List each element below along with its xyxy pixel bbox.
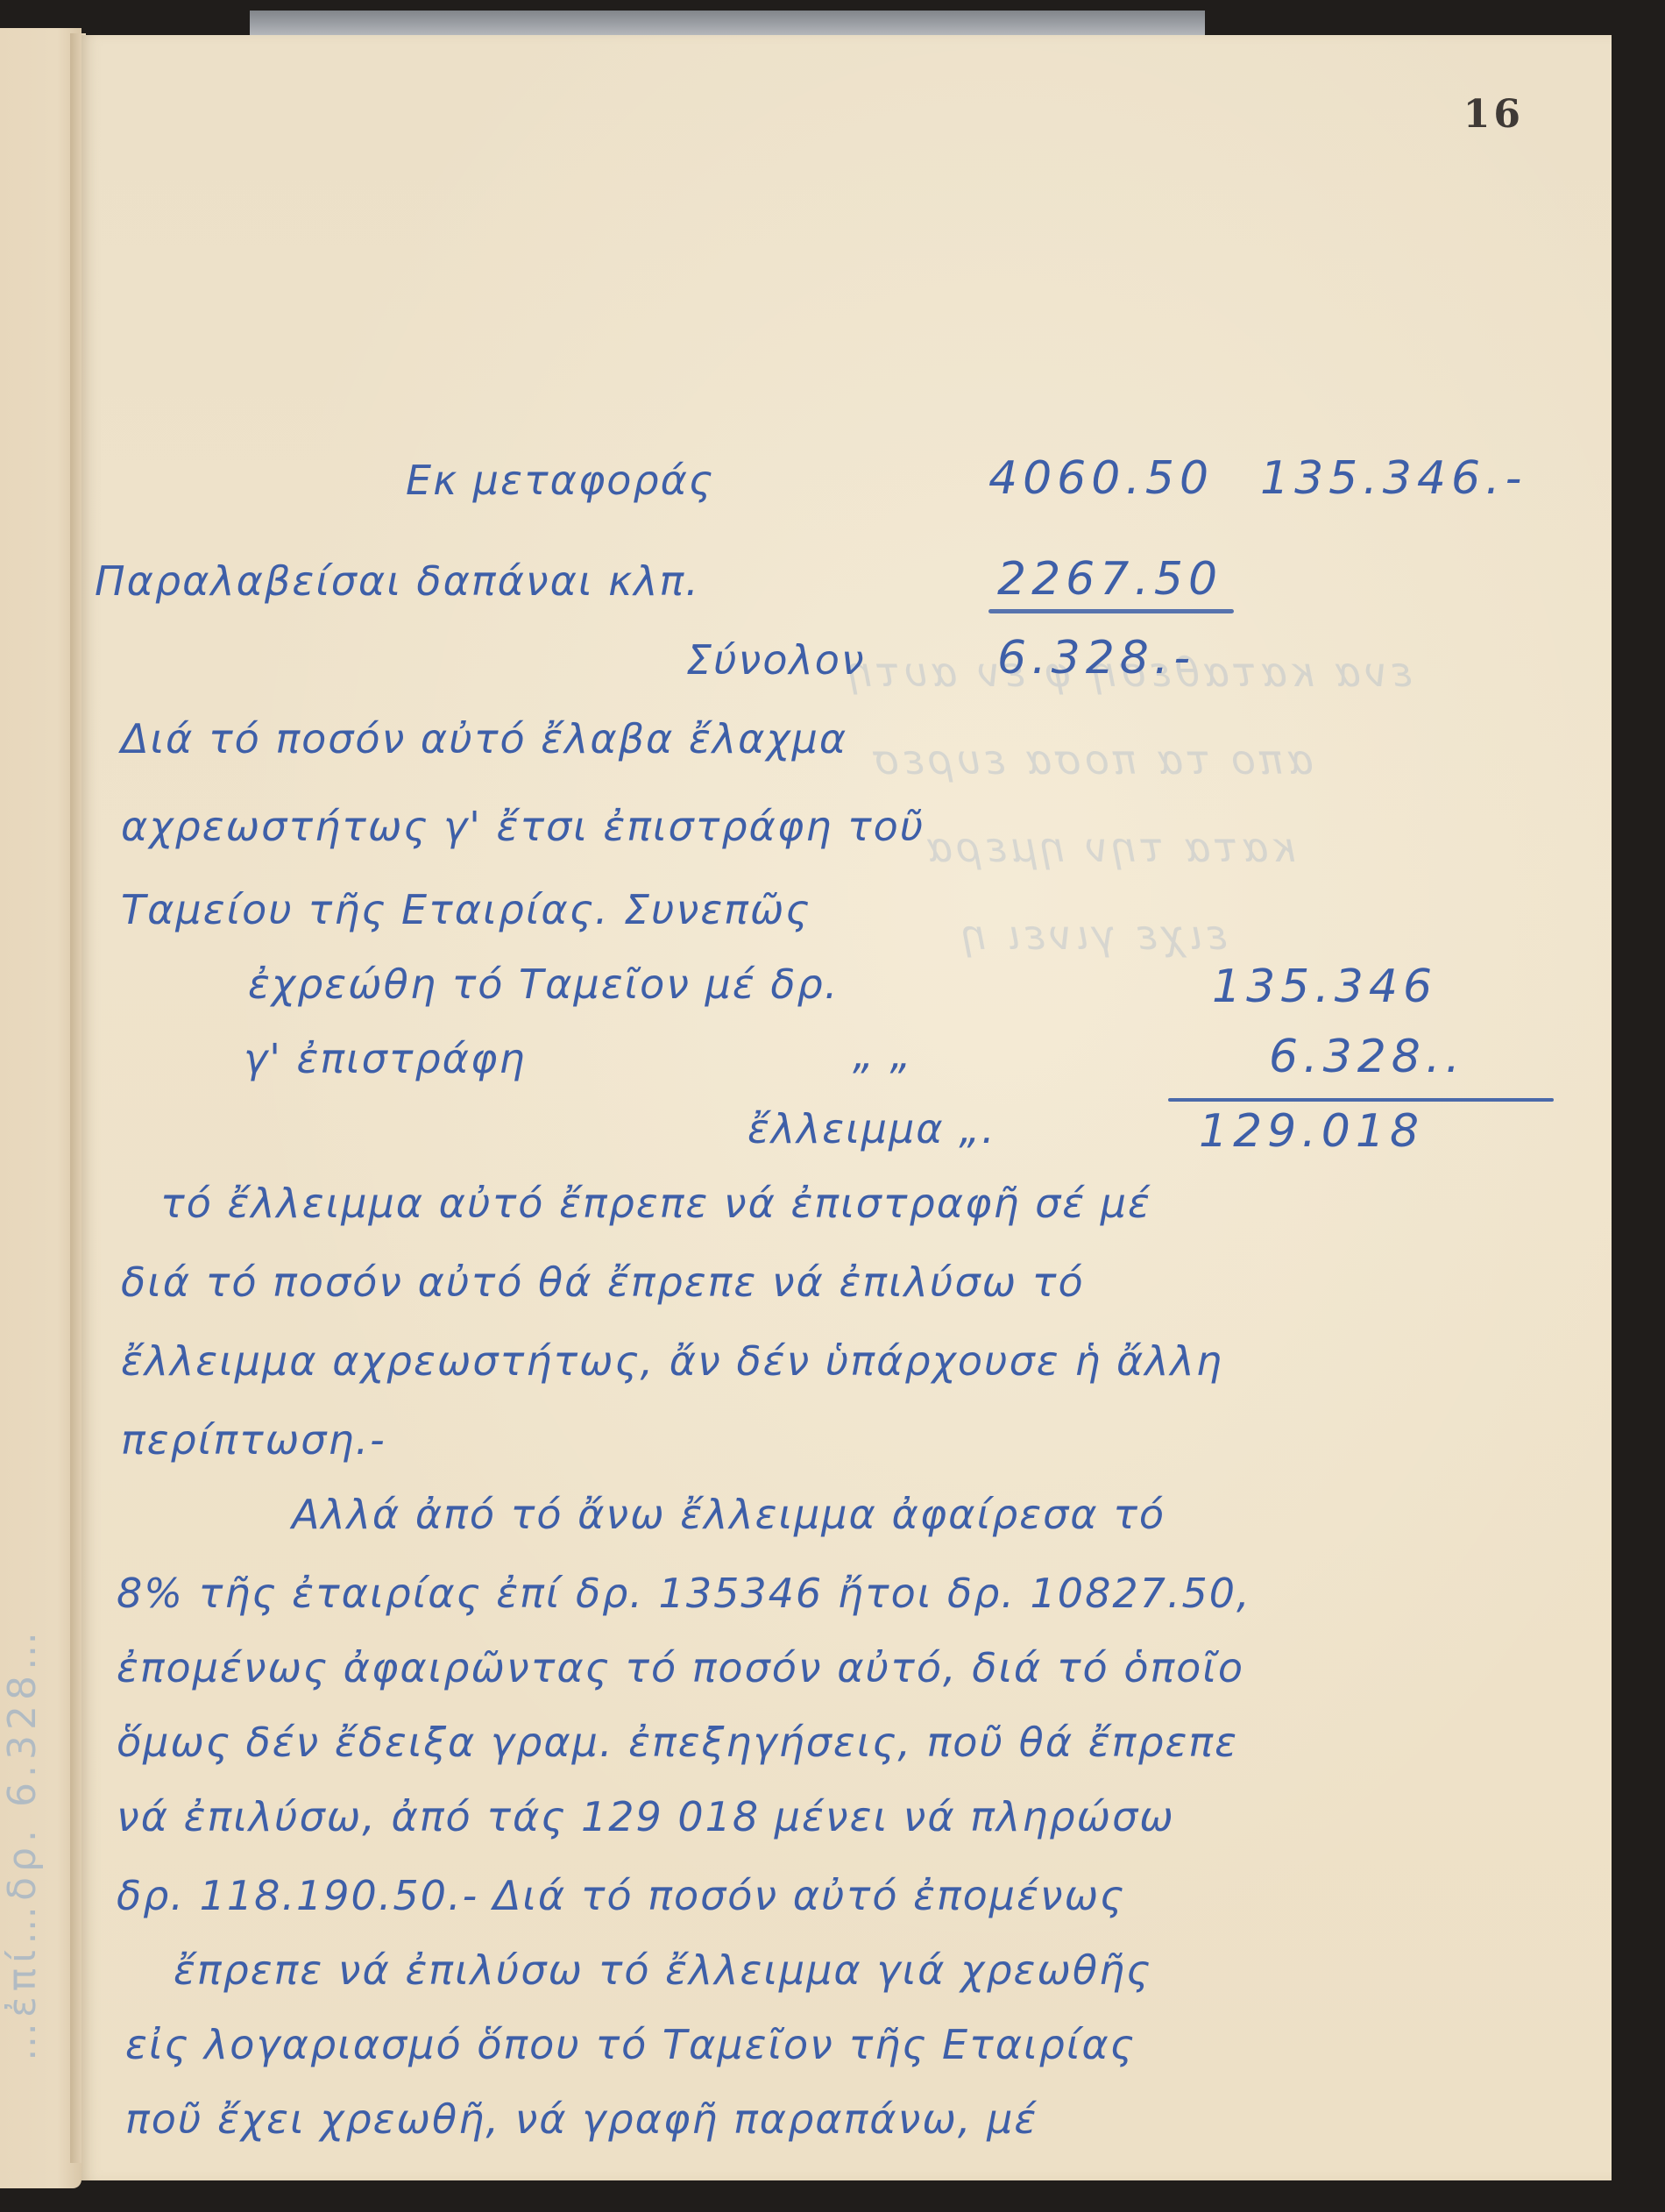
calc-row-2-amount: 6.328.. <box>1269 1034 1465 1080</box>
calc-row-2-ditto: „ „ <box>853 1034 912 1074</box>
paragraph-3-line: ἔπρεπε νά ἐπιλύσω τό ἔλλειμμα γιά χρεωθῆ… <box>174 1950 1151 1990</box>
paragraph-3-line: νά ἐπιλύσω, ἀπό τάς 129 018 μένει νά πλη… <box>117 1797 1175 1837</box>
subtotal-underline <box>988 609 1234 613</box>
calc-row-2-label: γ' ἐπιστράφη <box>244 1039 526 1079</box>
paragraph-3-line: Αλλά ἀπό τό ἄνω ἔλλειμμα ἀφαίρεσα τό <box>292 1494 1165 1535</box>
calc-row-3-label: ἔλλειμμα „. <box>747 1109 996 1149</box>
calc-row-3-amount: 129.018 <box>1199 1109 1424 1154</box>
paragraph-3-line: δρ. 118.190.50.- Διά τό ποσόν αὐτό ἐπομέ… <box>117 1875 1125 1916</box>
paragraph-3-line: ποῦ ἔχει χρεωθῆ, νά γραφῆ παραπάνω, μέ <box>125 2099 1038 2139</box>
paragraph-3-line: 8% τῆς ἐταιρίας ἐπί δρ. 135346 ἤτοι δρ. … <box>117 1573 1251 1613</box>
paragraph-2-line: ἔλλειμμα αχρεωστήτως, ἄν δέν ὑπάρχουσε ἡ… <box>121 1341 1223 1381</box>
paragraph-2-line: διά τό ποσόν αὐτό θά ἔπρεπε νά ἐπιλύσω τ… <box>121 1262 1085 1302</box>
document-page: ενα καταθεση φ εν αυτη απο τα ποσα ευρεσ… <box>81 35 1612 2180</box>
paragraph-1-line: Διά τό ποσόν αὐτό ἔλαβα ἔλαχμα <box>121 719 847 759</box>
received-expenses-amount: 2267.50 <box>997 557 1222 602</box>
carried-forward-amount-b: 135.346.- <box>1260 456 1527 501</box>
bleed-through-text: ειχε γινει η <box>958 911 1228 959</box>
paragraph-2-line: τό ἔλλειμμα αὐτό ἔπρεπε νά ἐπιστραφῆ σέ … <box>160 1183 1151 1223</box>
carried-forward-label: Εκ μεταφοράς <box>406 460 714 500</box>
paragraph-2-line: περίπτωση.- <box>121 1420 386 1460</box>
facing-page-margin-writing: …ἐπί…δρ. 6.328… <box>4 659 39 2061</box>
total-amount: 6.328.- <box>997 635 1195 681</box>
paragraph-3-line: ἐπομένως ἀφαιρῶντας τό ποσόν αὐτό, διά τ… <box>117 1648 1244 1688</box>
calc-sum-underline <box>1168 1098 1554 1102</box>
bleed-through-text: απο τα ποσα ευρεσ <box>870 736 1314 783</box>
paragraph-1-line: αχρεωστήτως γ' ἔτσι ἐπιστράφη τοῦ <box>121 806 925 847</box>
calc-row-1-label: ἐχρεώθη τό Ταμεῖον μέ δρ. <box>248 964 839 1004</box>
page-number: 16 <box>1463 92 1524 137</box>
paragraph-3-line: εἰς λογαριασμό ὅπου τό Ταμεῖον τῆς Εταιρ… <box>125 2024 1136 2065</box>
received-expenses-label: Παραλαβείσαι δαπάναι κλπ. <box>95 561 700 601</box>
carried-forward-amount-a: 4060.50 <box>988 456 1214 501</box>
total-label: Σύνολον <box>686 640 866 680</box>
paragraph-1-line: Ταμείου τῆς Εταιρίας. Συνεπῶς <box>121 890 811 930</box>
paragraph-3-line: ὅμως δέν ἔδειξα γραμ. ἐπεξηγήσεις, ποῦ θ… <box>117 1722 1238 1762</box>
archival-tape-strip <box>250 11 1205 37</box>
calc-row-1-amount: 135.346 <box>1212 964 1437 1010</box>
bleed-through-text: κατα την ημερα <box>923 824 1296 871</box>
